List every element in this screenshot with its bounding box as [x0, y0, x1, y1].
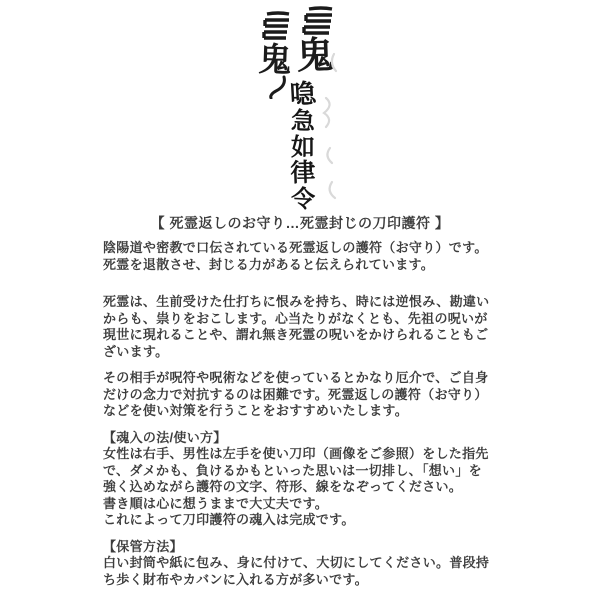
incantation-char: 如 [284, 134, 322, 160]
usage-section-heading: 【魂入の法/使い方】 [103, 430, 503, 447]
incantation-char: 律 [284, 159, 323, 186]
product-description-page: 鬼 鬼 喼 急 如 律 令 【 死霊返しのお守り…死霊封じの刀印護符 】 陰陽道… [0, 0, 600, 600]
oni-glyph-left: 鬼 [254, 42, 295, 77]
usage-paragraph: 女性は右手、男性は左手を使い刀印（画像をご参照）をした指先 で、ダメかも、負ける… [103, 446, 503, 529]
grudge-paragraph: 死霊は、生前受けた仕打ちに恨みを持ち、時には逆恨み、勘違い からも、祟りをおこし… [103, 294, 503, 360]
incantation-char: 喼 [283, 81, 322, 109]
intro-paragraph: 陰陽道や密教で口伝されている死霊返しの護符（お守り）です。 死霊を退散させ、封じ… [103, 240, 503, 273]
countermeasure-paragraph: その相手が呪符や呪術などを使っているとかなり厄介で、ご自身 だけの念力で対抗する… [103, 370, 503, 420]
seal-bars-left-icon [258, 11, 294, 41]
description-body: 陰陽道や密教で口伝されている死霊返しの護符（お守り）です。 死霊を退散させ、封じ… [103, 240, 503, 598]
incantation-char: 急 [284, 107, 323, 134]
incantation-char: 令 [283, 185, 322, 213]
page-title: 【 死霊返しのお守り…死霊封じの刀印護符 】 [0, 213, 600, 233]
storage-section-heading: 【保管方法】 [103, 539, 503, 556]
talisman-calligraphy: 鬼 鬼 喼 急 如 律 令 [0, 0, 600, 212]
incantation-column: 喼 急 如 律 令 [284, 82, 322, 212]
storage-paragraph: 白い封筒や紙に包み、身に付けて、大切にしてください。普段持 ち歩く財布やカバンに… [103, 555, 503, 588]
